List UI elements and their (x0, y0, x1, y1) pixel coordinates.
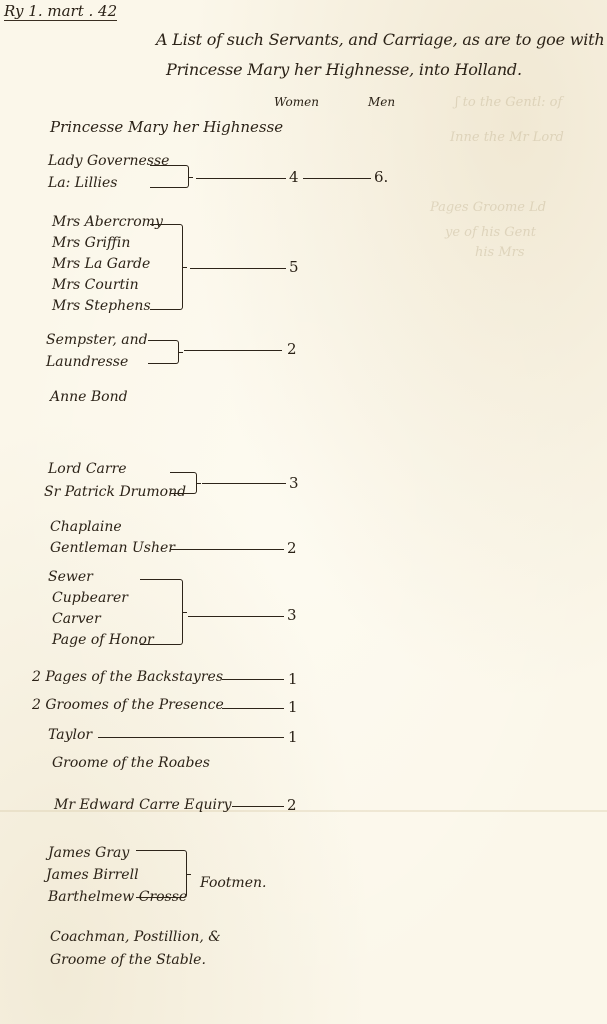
column-header-men: Men (368, 96, 395, 108)
bleed-through-text: Inne the Mr Lord (450, 130, 564, 145)
entry-princess: Princesse Mary her Highnesse (50, 120, 283, 135)
leader-line (232, 806, 284, 807)
entry: Sempster, and (46, 333, 148, 347)
men-count: 1 (288, 730, 298, 745)
leader-line (222, 679, 284, 680)
women-count: 2 (287, 342, 297, 357)
men-count: 3 (287, 608, 297, 623)
leader-line (202, 483, 286, 484)
men-count: 1 (288, 700, 298, 715)
leader-line (170, 549, 284, 550)
entry: James Gray (48, 846, 129, 860)
column-header-women: Women (274, 96, 319, 108)
leader-line (222, 708, 284, 709)
men-count: 3 (289, 476, 299, 491)
bleed-through-text: ʃ to the Gentl: of (455, 95, 562, 110)
entry: 2 Pages of the Backstayres (32, 670, 223, 684)
women-count: 4 (289, 170, 299, 185)
entry: Laundresse (46, 355, 128, 369)
bracket (136, 850, 187, 898)
bracket (170, 472, 197, 494)
entry: Gentleman Usher (50, 541, 175, 555)
bracket (150, 165, 189, 188)
entry: Groome of the Roabes (52, 756, 210, 770)
bracket (140, 579, 183, 645)
entry: Lord Carre (48, 462, 127, 476)
entry: Anne Bond (50, 390, 128, 404)
entry: Mr Edward Carre Equiry (54, 798, 232, 812)
bracket (150, 224, 183, 310)
leader-line (98, 737, 284, 738)
entry: Page of Honor (52, 633, 154, 647)
women-count: 5 (289, 260, 299, 275)
entry: Sewer (48, 570, 93, 584)
bleed-through-text: Pages Groome Ld (430, 200, 546, 215)
entry: Mrs Abercromy (52, 215, 163, 229)
document-title-line-2: Princesse Mary her Highnesse, into Holla… (166, 62, 522, 78)
entry: Groome of the Stable. (50, 953, 206, 967)
men-count: 6. (374, 170, 388, 185)
footmen-label: Footmen. (200, 876, 266, 890)
entry: Cupbearer (52, 591, 128, 605)
entry: La: Lillies (48, 176, 118, 190)
men-count: 1 (288, 672, 298, 687)
manuscript-page: ʃ to the Gentl: of Inne the Mr Lord Page… (0, 0, 607, 1024)
entry: Sr Patrick Drumond (44, 485, 186, 499)
bracket (148, 340, 179, 364)
entry: Taylor (48, 728, 92, 742)
entry: Mrs La Garde (52, 257, 150, 271)
entry: Chaplaine (50, 520, 122, 534)
bleed-through-text: his Mrs (475, 245, 525, 260)
leader-line (190, 268, 286, 269)
entry: Coachman, Postillion, & (50, 930, 221, 944)
document-title-line-1: A List of such Servants, and Carriage, a… (156, 32, 604, 48)
entry: Mrs Stephens (52, 299, 151, 313)
leader-line (184, 350, 282, 351)
archive-reference: Ry 1. mart . 42 (4, 4, 117, 21)
entry: Mrs Courtin (52, 278, 139, 292)
leader-line (196, 178, 286, 179)
men-count: 2 (287, 798, 297, 813)
entry: James Birrell (46, 868, 139, 882)
men-count: 2 (287, 541, 297, 556)
entry: 2 Groomes of the Presence (32, 698, 224, 712)
leader-line (188, 616, 284, 617)
entry: Carver (52, 612, 101, 626)
bleed-through-text: ye of his Gent (445, 225, 536, 240)
leader-line (303, 178, 371, 179)
entry: Mrs Griffin (52, 236, 130, 250)
